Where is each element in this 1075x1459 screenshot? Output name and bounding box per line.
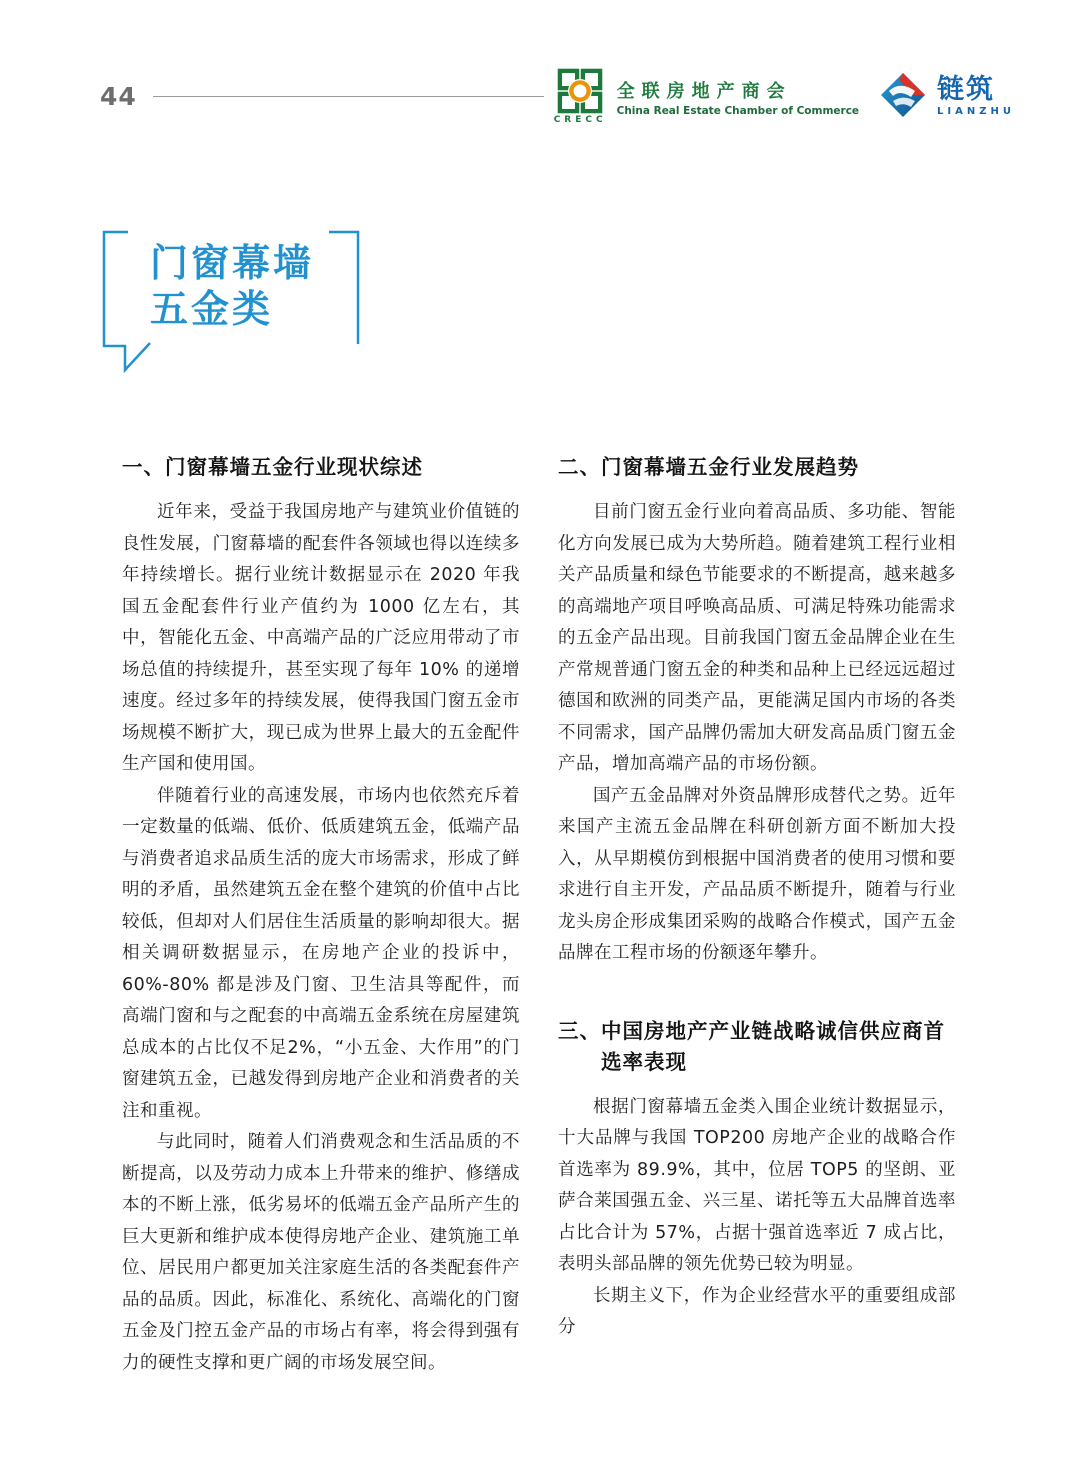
lianzhu-names: 链筑 LIANZHU [937,76,1015,117]
section-3-paragraph-2: 长期主义下，作为企业经营水平的重要组成部分 [558,1281,956,1344]
section-3-heading-number: 三、 [558,1016,601,1078]
header-rule [153,96,544,97]
crecc-names: 全联房地产商会 China Real Estate Chamber of Com… [617,77,859,117]
lianzhu-name-en: LIANZHU [937,106,1015,117]
chapter-title-line1: 门窗幕墙 [150,240,314,286]
page-number: 44 [100,84,137,109]
crecc-logo-icon: CRECC [554,68,607,125]
section-2-paragraph-1: 目前门窗五金行业向着高品质、多功能、智能化方向发展已成为大势所趋。随着建筑工程行… [558,497,956,781]
lianzhu-name-cn: 链筑 [937,76,995,103]
section-2: 二、门窗幕墙五金行业发展趋势 目前门窗五金行业向着高品质、多功能、智能化方向发展… [558,452,956,970]
crecc-logo: CRECC 全联房地产商会 China Real Estate Chamber … [554,68,859,125]
chapter-title-block: 门窗幕墙 五金类 [100,224,362,374]
right-column: 二、门窗幕墙五金行业发展趋势 目前门窗五金行业向着高品质、多功能、智能化方向发展… [558,452,956,1379]
section-1: 一、门窗幕墙五金行业现状综述 近年来，受益于我国房地产与建筑业价值链的良性发展，… [122,452,520,1379]
lianzhu-logo-icon [877,69,929,125]
crecc-name-cn: 全联房地产商会 [617,77,859,103]
section-3-heading: 三、 中国房地产产业链战略诚信供应商首选率表现 [558,1016,956,1078]
body-columns: 一、门窗幕墙五金行业现状综述 近年来，受益于我国房地产与建筑业价值链的良性发展，… [122,452,956,1379]
crecc-name-en: China Real Estate Chamber of Commerce [617,105,859,117]
chapter-title-line2: 五金类 [150,286,314,332]
section-1-paragraph-2: 伴随着行业的高速发展，市场内也依然充斥着一定数量的低端、低价、低质建筑五金，低端… [122,781,520,1128]
section-2-heading: 二、门窗幕墙五金行业发展趋势 [558,452,956,483]
section-2-paragraph-2: 国产五金品牌对外资品牌形成替代之势。近年来国产主流五金品牌在科研创新方面不断加大… [558,781,956,970]
crecc-abbr: CRECC [554,115,607,125]
section-3: 三、 中国房地产产业链战略诚信供应商首选率表现 根据门窗幕墙五金类入围企业统计数… [558,1016,956,1344]
left-column: 一、门窗幕墙五金行业现状综述 近年来，受益于我国房地产与建筑业价值链的良性发展，… [122,452,520,1379]
chapter-title: 门窗幕墙 五金类 [150,240,314,332]
page-header: 44 CRECC 全联房地产商会 China Re [100,68,1015,125]
section-3-paragraph-1: 根据门窗幕墙五金类入围企业统计数据显示，十大品牌与我国 TOP200 房地产企业… [558,1092,956,1281]
lianzhu-logo: 链筑 LIANZHU [877,69,1015,125]
section-1-heading: 一、门窗幕墙五金行业现状综述 [122,452,520,483]
section-3-heading-text: 中国房地产产业链战略诚信供应商首选率表现 [601,1016,956,1078]
logo-group: CRECC 全联房地产商会 China Real Estate Chamber … [554,68,1015,125]
section-1-paragraph-1: 近年来，受益于我国房地产与建筑业价值链的良性发展，门窗幕墙的配套件各领域也得以连… [122,497,520,781]
document-page: 44 CRECC 全联房地产商会 China Re [0,0,1075,1459]
section-1-paragraph-3: 与此同时，随着人们消费观念和生活品质的不断提高，以及劳动力成本上升带来的维护、修… [122,1127,520,1379]
